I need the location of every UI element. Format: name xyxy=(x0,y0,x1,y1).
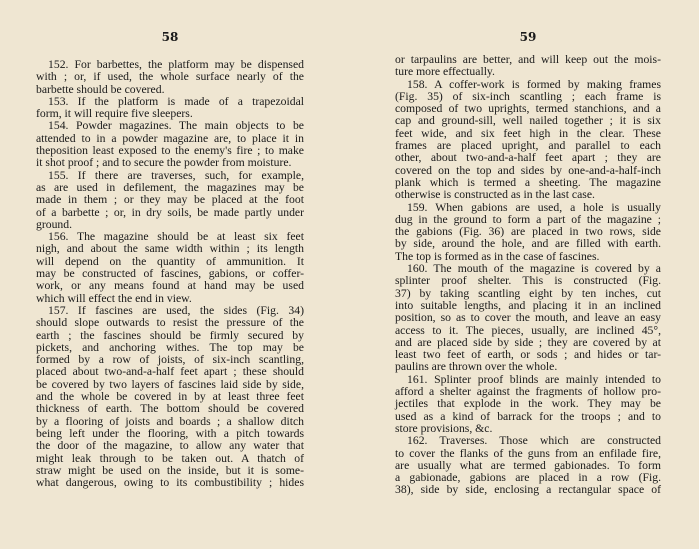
text-line: position, so as to cover the mouth, and … xyxy=(395,312,661,324)
text-line: other, about two-and-a-half feet apart ;… xyxy=(395,152,661,164)
text-line: 154. Powder magazines. The main objects … xyxy=(36,120,304,132)
page-number: 58 xyxy=(36,30,304,44)
text-line: otherwise is constructed as in the last … xyxy=(395,189,661,201)
text-line: should slope outwards to resist the pres… xyxy=(36,317,304,329)
text-line: it shot proof ; and to secure the powder… xyxy=(36,157,304,169)
left-page: 58 152. For barbettes, the platform may … xyxy=(36,0,304,549)
text-line: 38), side by side, enclosing a rectangul… xyxy=(395,484,661,496)
page-body: or tarpaulins are better, and will keep … xyxy=(395,54,661,497)
text-line: jectiles that explode in the work. They … xyxy=(395,398,661,410)
text-line: ture more effectually. xyxy=(395,66,661,78)
text-line: access to it. The pieces, usually, are i… xyxy=(395,325,661,337)
text-line: what dangerous, owing to its combustibil… xyxy=(36,477,304,489)
text-line: thickness of earth. The bottom should be… xyxy=(36,403,304,415)
text-line: splinter proof shelter. This is construc… xyxy=(395,275,661,287)
text-line: might leak through to be taken out. A th… xyxy=(36,453,304,465)
text-line: to cover the flanks of the guns from an … xyxy=(395,448,661,460)
text-line: by side, around the hole, and are filled… xyxy=(395,238,661,250)
text-line: made in them ; or they may be placed at … xyxy=(36,194,304,206)
text-line: the door of the magazine, to allow any w… xyxy=(36,440,304,452)
text-line: paulins are thrown over the whole. xyxy=(395,361,661,373)
text-line: 159. When gabions are used, a hole is us… xyxy=(395,202,661,214)
text-line: placed about two-and-a-half feet apart ;… xyxy=(36,366,304,378)
text-line: with ; or, if used, the whole surface ne… xyxy=(36,71,304,83)
text-line: earth ; the fascines should be firmly se… xyxy=(36,330,304,342)
text-line: 162. Traverses. Those which are construc… xyxy=(395,435,661,447)
text-line: of a barbette ; or, in dry soils, be mad… xyxy=(36,207,304,219)
page-number: 59 xyxy=(395,30,661,44)
text-line: nigh, and about the same width within ; … xyxy=(36,243,304,255)
page-body: 152. For barbettes, the platform may be … xyxy=(36,59,304,489)
text-line: work, or any means found at hand may be … xyxy=(36,280,304,292)
text-line: cap and ground-sill, well nailed togethe… xyxy=(395,115,661,127)
right-page: 59 or tarpaulins are better, and will ke… xyxy=(395,0,661,549)
